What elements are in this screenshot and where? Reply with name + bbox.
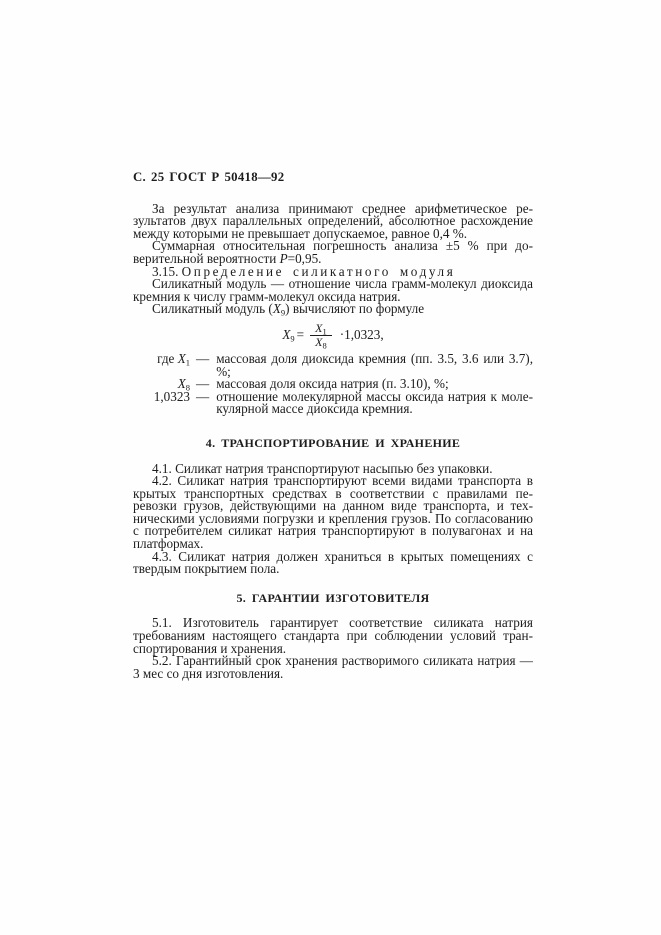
variable-x: X xyxy=(273,301,281,316)
page-content: С. 25 ГОСТ Р 50418—92 За результат анали… xyxy=(133,171,533,680)
paragraph-4-2: 4.2. Силикат натрия транспортируют всеми… xyxy=(133,475,533,551)
text-run: Суммарная относительная погрешность анал… xyxy=(133,238,533,266)
subscript: 8 xyxy=(322,340,326,350)
paragraph-5-2: 5.2. Гарантийный срок хранения растворим… xyxy=(133,655,533,680)
legend-dash: — xyxy=(190,353,216,366)
legend-term: 1,0323 xyxy=(133,391,190,404)
legend-row-x1: где X1 — массовая доля диоксида кремния … xyxy=(133,353,533,378)
formula-silicate-modulus: X9= X1 X8 ·1,0323, xyxy=(133,322,533,349)
legend-lead: где xyxy=(157,351,178,366)
paragraph-4-3: 4.3. Силикат натрия должен храниться в к… xyxy=(133,551,533,576)
legend-text: массовая доля диоксида кремния (пп. 3.5,… xyxy=(216,353,533,378)
section-5-title: 5. ГАРАНТИИ ИЗГОТОВИТЕЛЯ xyxy=(133,592,533,605)
factor-value: 1,0323, xyxy=(344,327,384,342)
fraction-denominator: X8 xyxy=(315,336,327,349)
paragraph-total-error: Суммарная относительная погрешность анал… xyxy=(133,240,533,265)
fraction-numerator: X1 xyxy=(310,322,332,336)
text-run: ) вычисляют по формуле xyxy=(285,301,424,316)
formula-legend: где X1 — массовая доля диоксида кремния … xyxy=(133,353,533,416)
equals-sign: = xyxy=(295,327,306,342)
formula-fraction: X1 X8 xyxy=(310,322,332,349)
legend-text: отношение молекулярной массы оксида натр… xyxy=(216,391,533,416)
subscript: 1 xyxy=(322,326,326,336)
legend-term: где X1 xyxy=(133,353,190,366)
paragraph-5-1: 5.1. Изготовитель гарантирует соответств… xyxy=(133,617,533,655)
paragraph-modulus-definition: Силикатный модуль — отношение числа грам… xyxy=(133,278,533,303)
formula-lhs: X9= xyxy=(282,329,306,342)
legend-row-coefficient: 1,0323 — отношение молекулярной массы ок… xyxy=(133,391,533,416)
paragraph-formula-intro: Силикатный модуль (X9) вычисляют по форм… xyxy=(133,303,533,316)
paragraph-analysis-result: За результат анализа принимают среднее а… xyxy=(133,203,533,241)
variable-x1: X xyxy=(178,351,186,366)
text-run: Силикатный модуль ( xyxy=(152,301,273,316)
running-header: С. 25 ГОСТ Р 50418—92 xyxy=(133,171,533,184)
scanned-document-page: С. 25 ГОСТ Р 50418—92 За результат анали… xyxy=(0,0,661,935)
formula-factor: ·1,0323, xyxy=(336,329,384,342)
section-4-title: 4. ТРАНСПОРТИРОВАНИЕ И ХРАНЕНИЕ xyxy=(133,437,533,450)
legend-number: 1,0323 xyxy=(154,389,190,404)
legend-dash: — xyxy=(190,391,216,404)
